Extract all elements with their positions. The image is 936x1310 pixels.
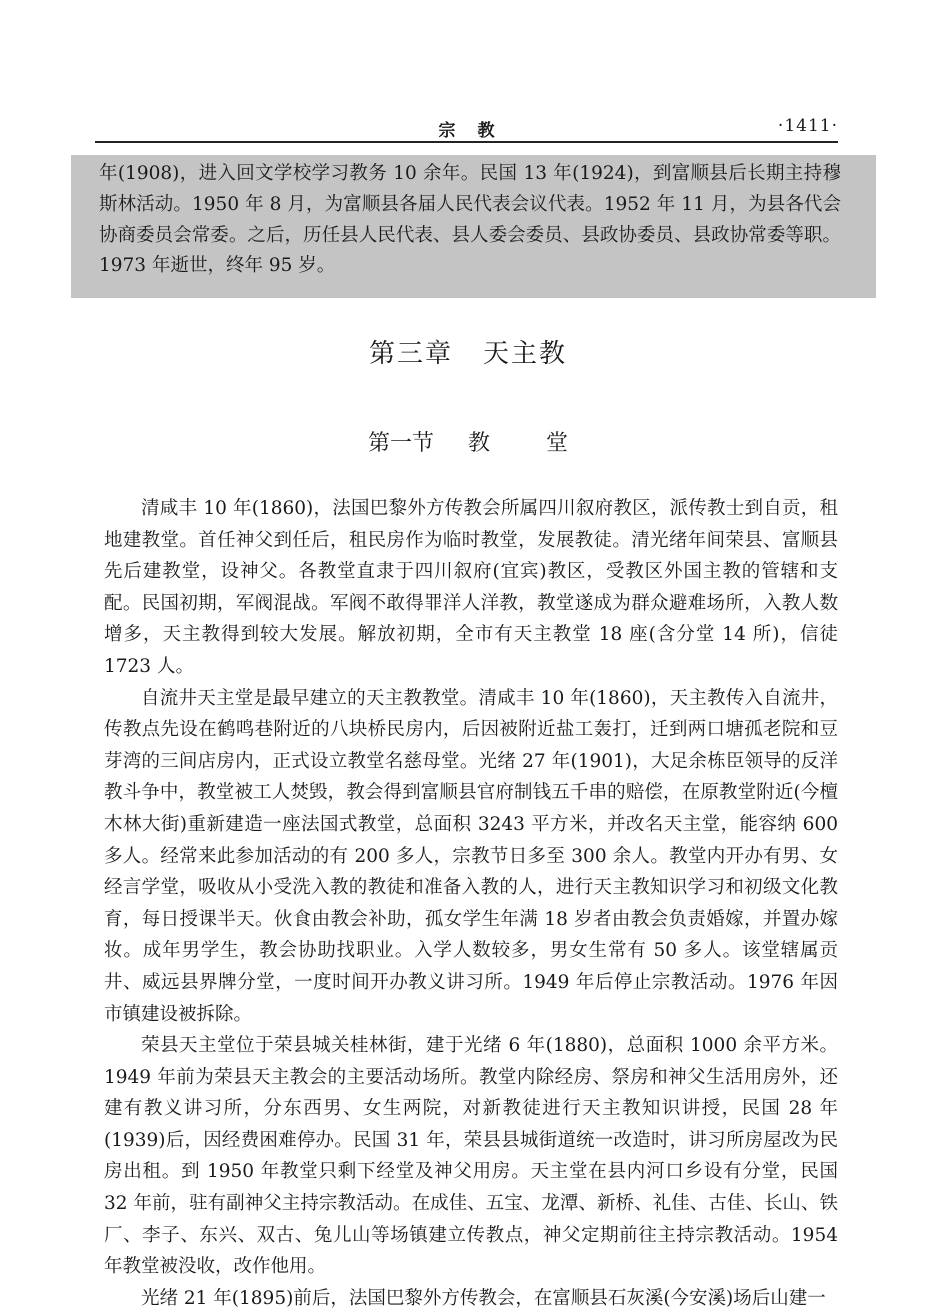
paragraph-fushun-church: 光绪 21 年(1895)前后，法国巴黎外方传教会，在富顺县石灰溪(今安溪)场后… <box>104 1283 838 1310</box>
chapter-title: 天主教 <box>483 339 567 369</box>
body-text: 清咸丰 10 年(1860)，法国巴黎外方传教会所属四川叙府教区，派传教士到自贡… <box>104 493 838 1310</box>
section-number: 第一节 <box>368 431 434 456</box>
paragraph-overview: 清咸丰 10 年(1860)，法国巴黎外方传教会所属四川叙府教区，派传教士到自贡… <box>104 493 838 683</box>
chapter-heading: 第三章天主教 <box>0 333 936 370</box>
section-heading: 第一节教堂 <box>0 426 936 457</box>
section-title-char-2: 堂 <box>546 431 568 456</box>
chapter-number: 第三章 <box>369 339 453 369</box>
highlighted-continuation-block: 年(1908)，进入回文学校学习教务 10 余年。民国 13 年(1924)，到… <box>71 155 876 298</box>
paragraph-rongxian-church: 荣县天主堂位于荣县城关桂林街，建于光绪 6 年(1880)，总面积 1000 余… <box>104 1030 838 1283</box>
header-rule <box>95 141 838 143</box>
paragraph-ziliujing-church: 自流井天主堂是最早建立的天主教教堂。清咸丰 10 年(1860)，天主教传入自流… <box>104 683 838 1031</box>
continuation-paragraph: 年(1908)，进入回文学校学习教务 10 余年。民国 13 年(1924)，到… <box>99 159 841 282</box>
running-header: 宗教 ·1411· <box>95 114 838 142</box>
running-title: 宗教 <box>95 116 838 141</box>
page-number: ·1411· <box>778 116 838 136</box>
section-title-char-1: 教 <box>468 431 490 456</box>
